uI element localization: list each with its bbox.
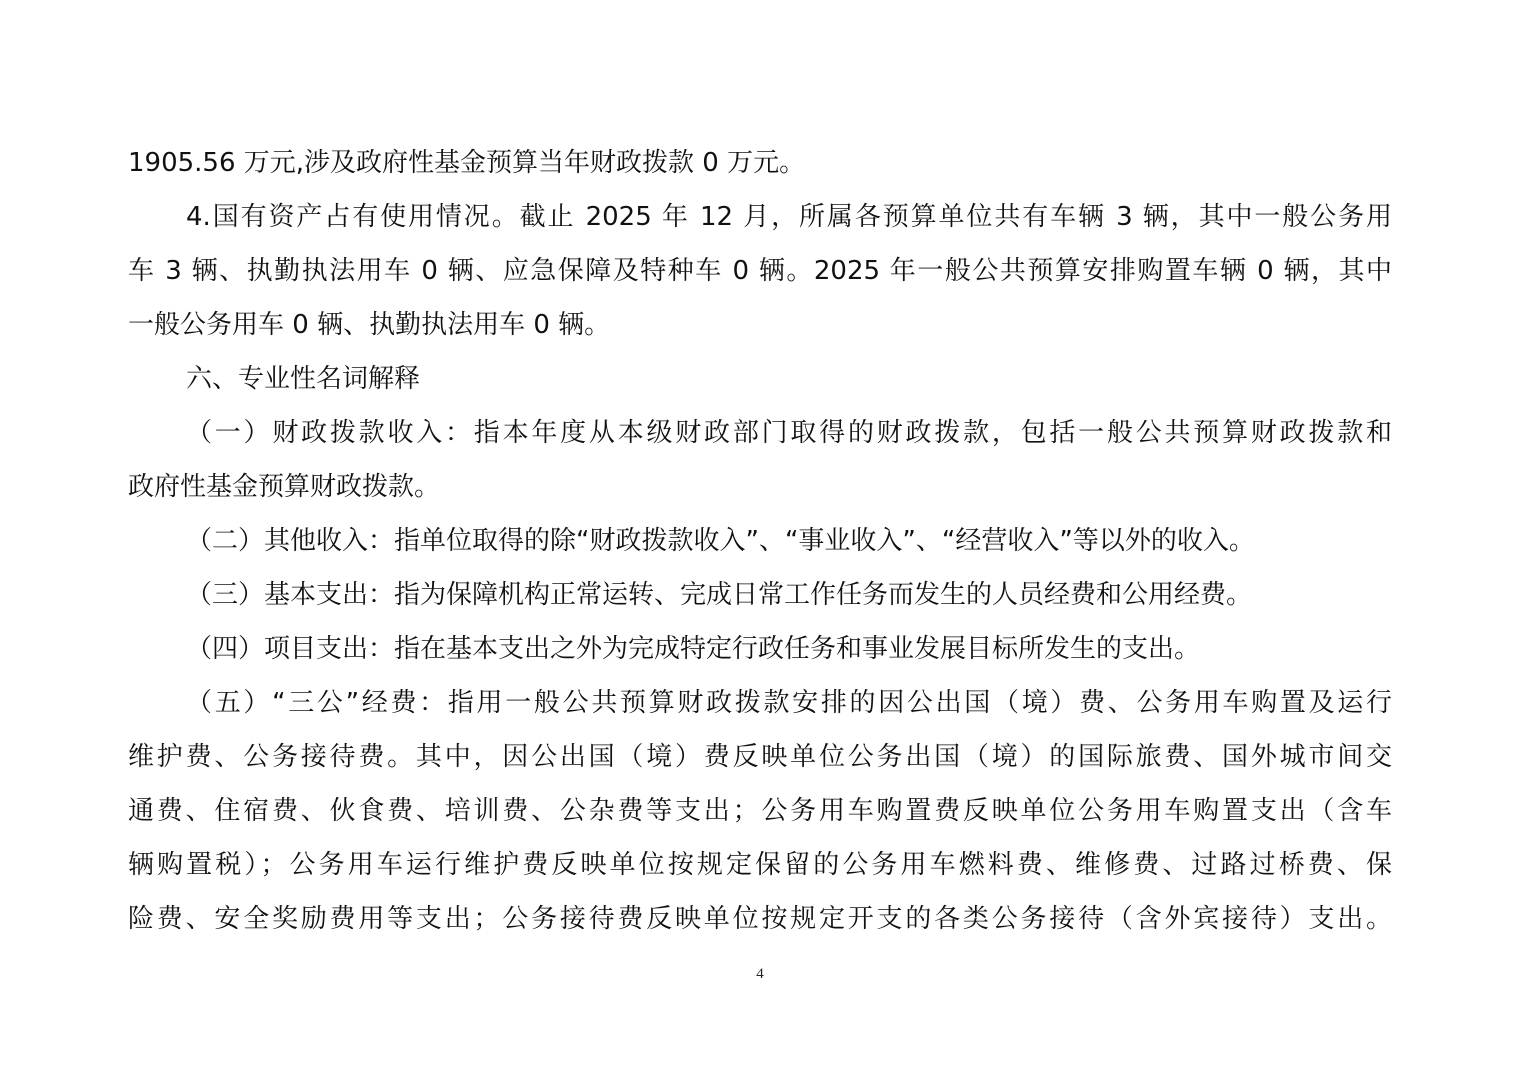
paragraph-asset-usage-line-1: 4.国有资产占有使用情况。截止 2025 年 12 月，所属各预算单位共有车辆 … (128, 190, 1392, 244)
document-page: 1905.56 万元,涉及政府性基金预算当年财政拨款 0 万元。 4.国有资产占… (128, 136, 1392, 946)
paragraph-asset-usage-line-3: 一般公务用车 0 辆、执勤执法用车 0 辆。 (128, 298, 1392, 352)
glossary-item-4: （四）项目支出：指在基本支出之外为完成特定行政任务和事业发展目标所发生的支出。 (128, 622, 1392, 676)
glossary-item-3: （三）基本支出：指为保障机构正常运转、完成日常工作任务而发生的人员经费和公用经费… (128, 568, 1392, 622)
glossary-item-1-line-1: （一）财政拨款收入：指本年度从本级财政部门取得的财政拨款，包括一般公共预算财政拨… (128, 406, 1392, 460)
glossary-item-5-line-3: 通费、住宿费、伙食费、培训费、公杂费等支出；公务用车购置费反映单位公务用车购置支… (128, 784, 1392, 838)
glossary-item-2: （二）其他收入：指单位取得的除“财政拨款收入”、“事业收入”、“经营收入”等以外… (128, 514, 1392, 568)
glossary-item-5-line-2: 维护费、公务接待费。其中，因公出国（境）费反映单位公务出国（境）的国际旅费、国外… (128, 730, 1392, 784)
glossary-item-5-line-4: 辆购置税）；公务用车运行维护费反映单位按规定保留的公务用车燃料费、维修费、过路过… (128, 838, 1392, 892)
page-number: 4 (0, 966, 1520, 983)
glossary-item-5-line-1: （五）“三公”经费：指用一般公共预算财政拨款安排的因公出国（境）费、公务用车购置… (128, 676, 1392, 730)
paragraph-line-continuation: 1905.56 万元,涉及政府性基金预算当年财政拨款 0 万元。 (128, 136, 1392, 190)
glossary-item-1-line-2: 政府性基金预算财政拨款。 (128, 460, 1392, 514)
glossary-item-5-line-5: 险费、安全奖励费用等支出；公务接待费反映单位按规定开支的各类公务接待（含外宾接待… (128, 892, 1392, 946)
paragraph-asset-usage-line-2: 车 3 辆、执勤执法用车 0 辆、应急保障及特种车 0 辆。2025 年一般公共… (128, 244, 1392, 298)
section-heading-glossary: 六、专业性名词解释 (128, 352, 1392, 406)
